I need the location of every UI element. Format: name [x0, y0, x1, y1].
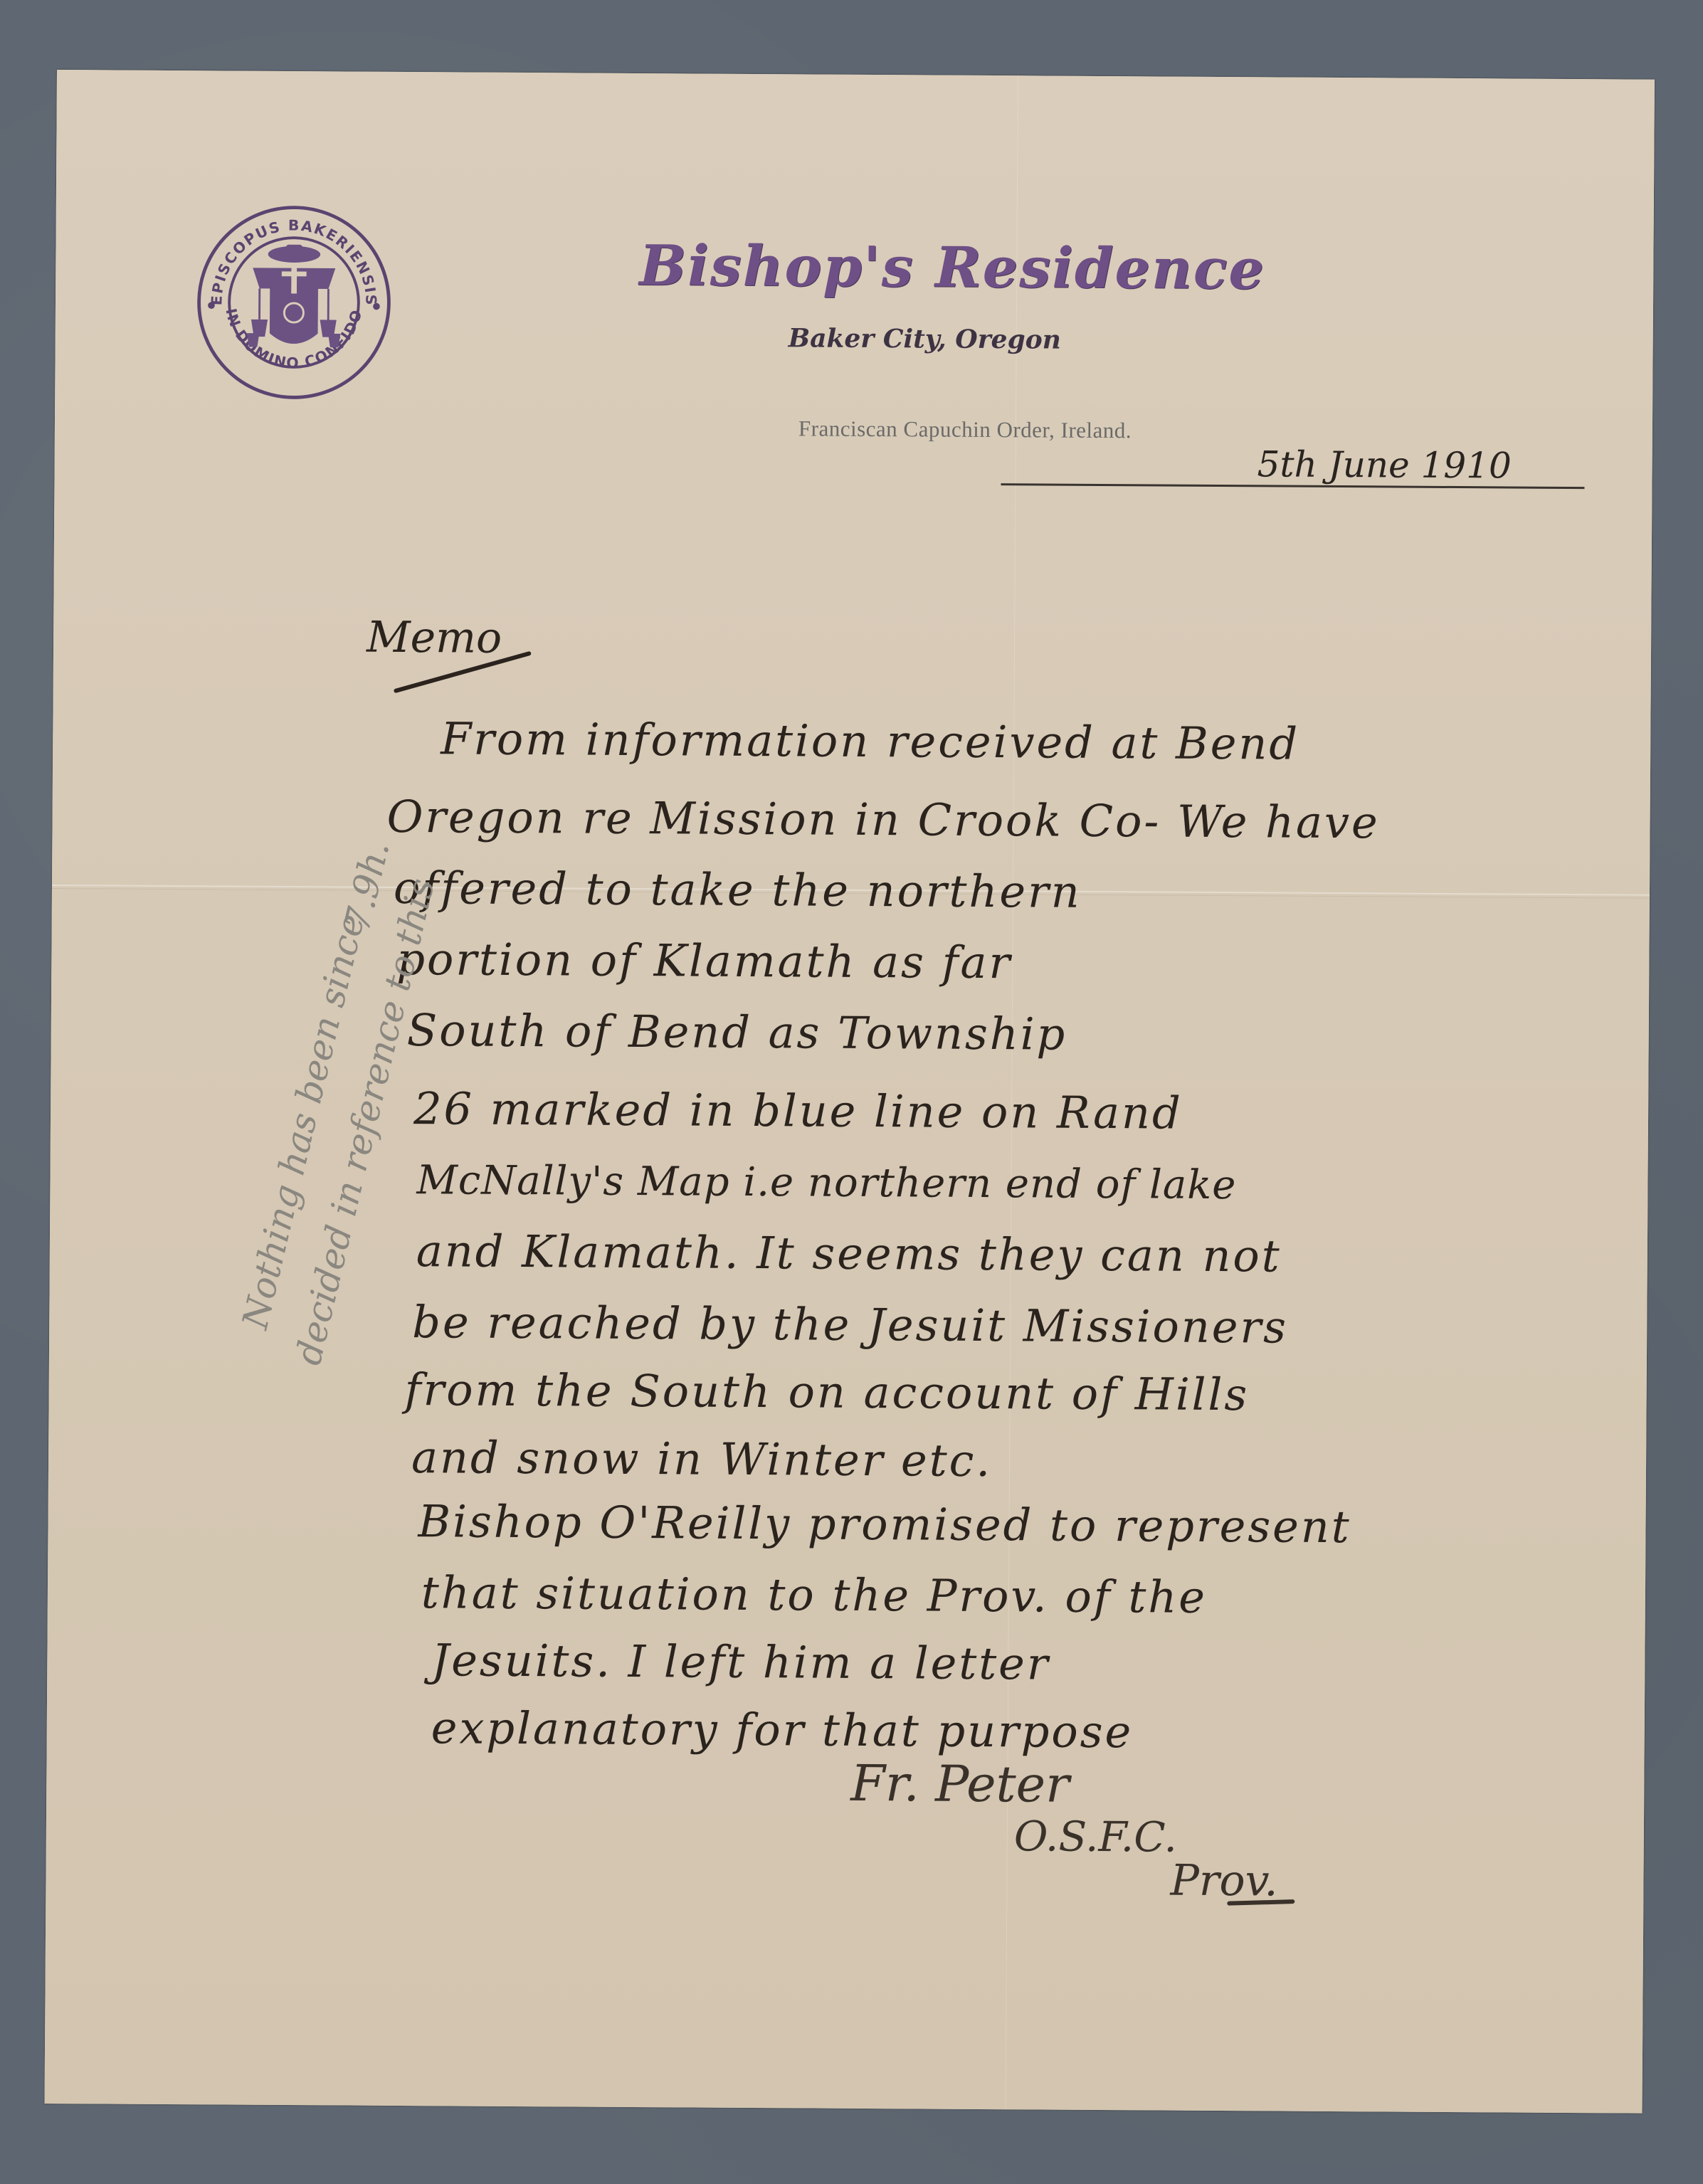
memo-line: and Klamath. It seems they can not — [416, 1225, 1282, 1282]
letterhead-title: Bishop's Residence — [639, 233, 1280, 302]
handwritten-date: 5th June 1910 — [1257, 443, 1512, 486]
letterhead-subtitle: Baker City, Oregon — [789, 323, 1061, 354]
memo-line: and snow in Winter etc. — [411, 1431, 992, 1487]
memo-line: be reached by the Jesuit Missioners — [412, 1296, 1288, 1354]
seal-icon: EPISCOPUS BAKERIENSIS IN DOMINO CONFIDO — [190, 199, 398, 406]
memo-line: portion of Klamath as far — [396, 933, 1012, 988]
memo-line: Oregon re Mission in Crook Co- We have — [386, 791, 1380, 849]
memo-line: from the South on account of Hills — [404, 1363, 1249, 1420]
letter-paper: EPISCOPUS BAKERIENSIS IN DOMINO CONFIDO — [45, 70, 1655, 2114]
signature-order: O.S.F.C. — [1014, 1812, 1178, 1861]
memo-line: South of Bend as Township — [407, 1004, 1067, 1060]
signature-name: Fr. Peter — [850, 1754, 1070, 1814]
memo-heading: Memo — [367, 613, 502, 663]
memo-line: 26 marked in blue line on Rand — [413, 1082, 1183, 1139]
memo-line: Jesuits. I left him a letter — [431, 1634, 1050, 1689]
memo-line: Bishop O'Reilly promised to represent — [418, 1495, 1351, 1553]
episcopal-seal: EPISCOPUS BAKERIENSIS IN DOMINO CONFIDO — [190, 199, 398, 406]
memo-line: McNally's Map i.e northern end of lake — [416, 1157, 1236, 1208]
memo-line: From information received at Bend — [441, 712, 1299, 769]
order-stamp: Franciscan Capuchin Order, Ireland. — [798, 416, 1132, 443]
memo-line: offered to take the northern — [394, 862, 1082, 918]
signature-title: Prov. — [1170, 1856, 1277, 1906]
memo-line: that situation to the Prov. of the — [421, 1566, 1208, 1623]
memo-line: explanatory for that purpose — [431, 1702, 1134, 1758]
